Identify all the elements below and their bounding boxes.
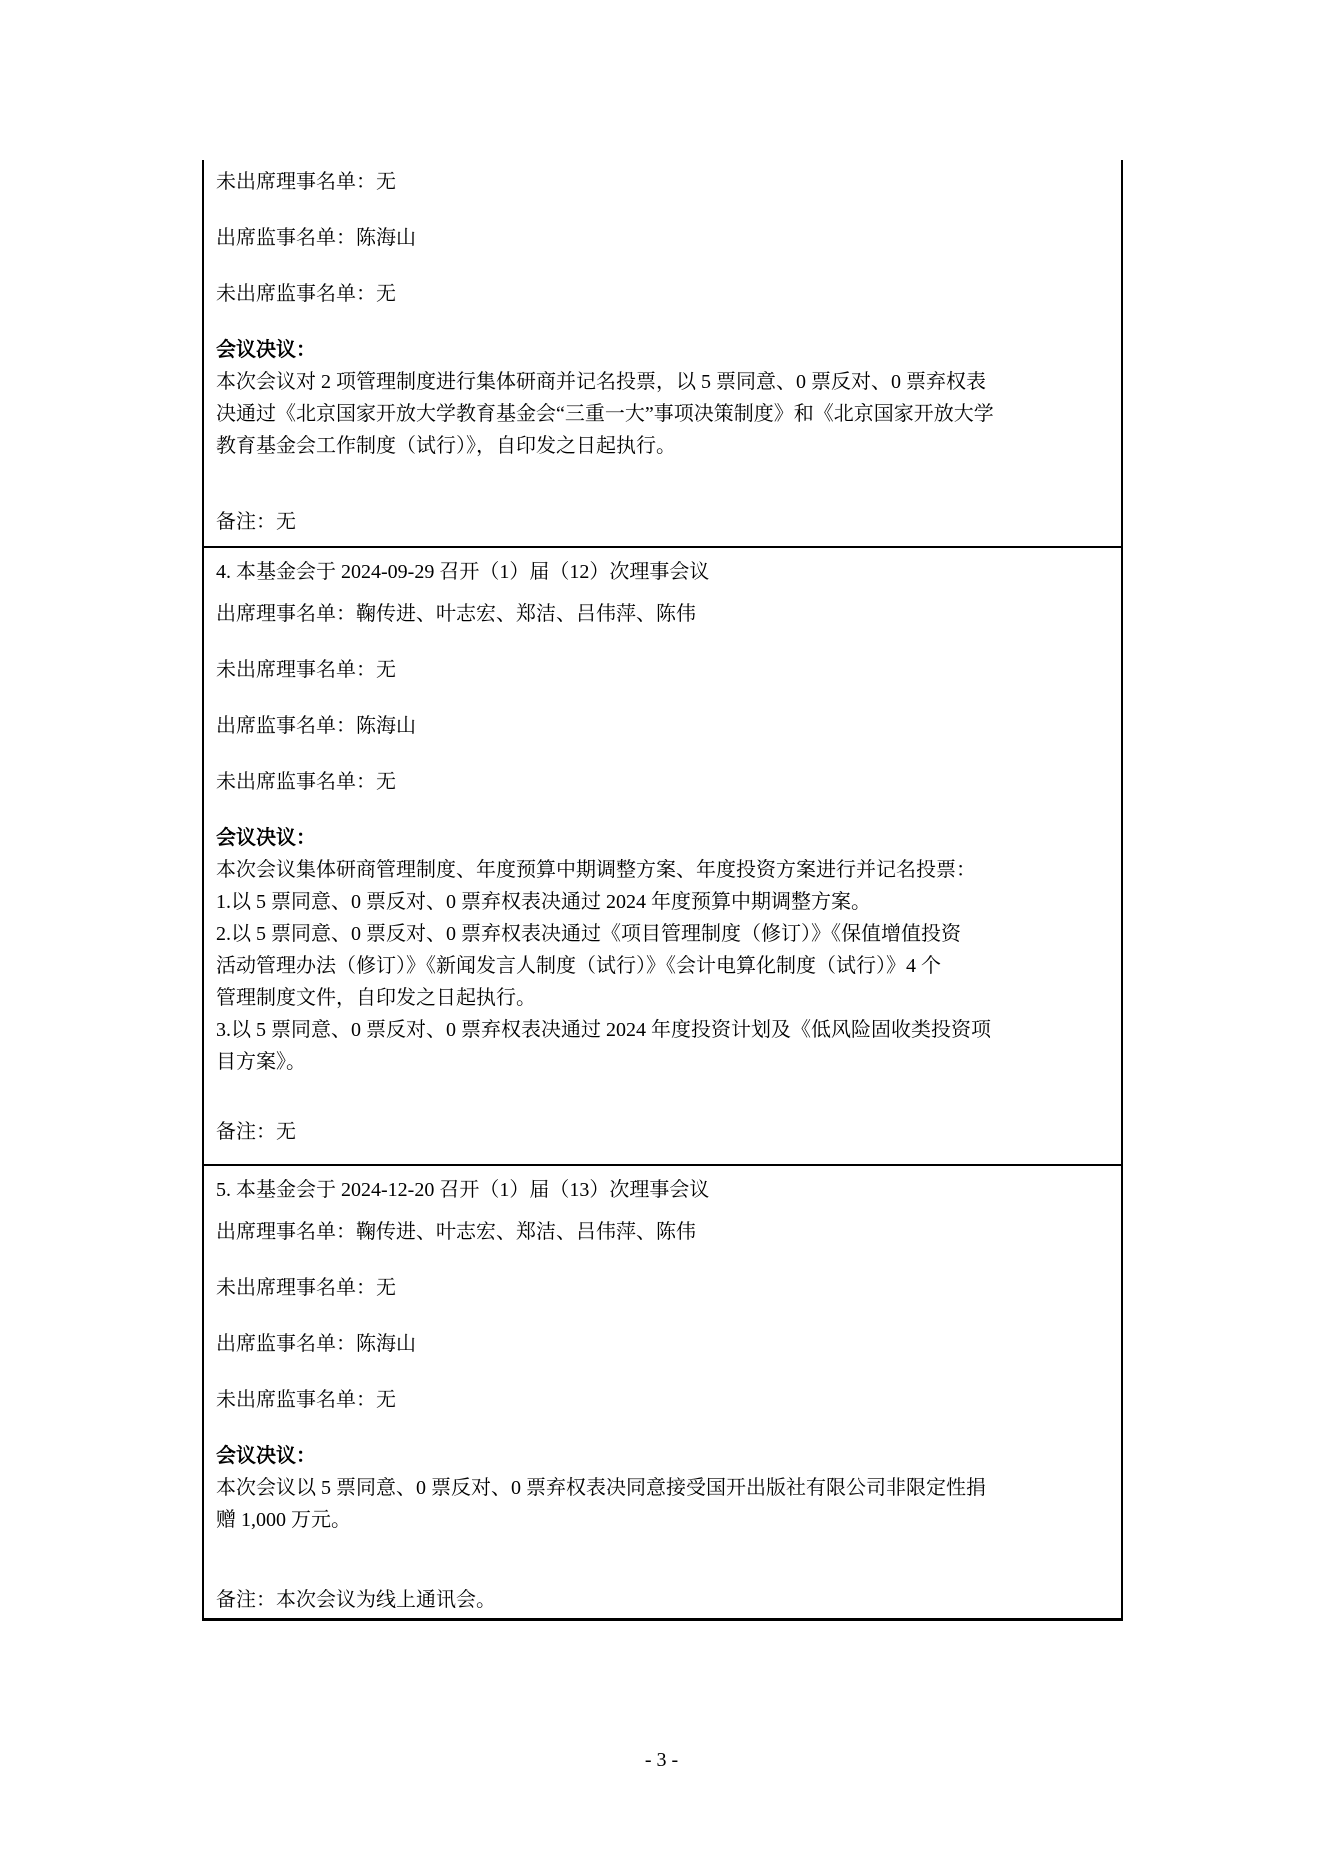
absent-directors-field: 未出席理事名单：无 xyxy=(216,654,1107,686)
decision-label: 会议决议： xyxy=(216,334,1107,366)
attending-directors-field: 出席理事名单：鞠传进、叶志宏、郑洁、吕伟萍、陈伟 xyxy=(216,598,1107,630)
absent-supervisors-field: 未出席监事名单：无 xyxy=(216,766,1107,798)
table-row-meeting5: 5. 本基金会于 2024-12-20 召开（1）届（13）次理事会议 出席理事… xyxy=(204,1164,1121,1618)
decision-line: 2.以 5 票同意、0 票反对、0 票弃权表决通过《项目管理制度（修订）》《保值… xyxy=(216,918,1107,950)
remark-field: 备注：无 xyxy=(216,506,1107,538)
decision-line: 目方案》。 xyxy=(216,1046,1107,1078)
table-row-meeting3-continuation: 未出席理事名单：无 出席监事名单：陈海山 未出席监事名单：无 会议决议： 本次会… xyxy=(204,160,1121,546)
decision-line: 决通过《北京国家开放大学教育基金会“三重一大”事项决策制度》和《北京国家开放大学 xyxy=(216,398,1107,430)
decision-line: 本次会议对 2 项管理制度进行集体研商并记名投票，以 5 票同意、0 票反对、0… xyxy=(216,366,1107,398)
absent-directors-field: 未出席理事名单：无 xyxy=(216,166,1107,198)
absent-directors-field: 未出席理事名单：无 xyxy=(216,1272,1107,1304)
decision-line: 本次会议以 5 票同意、0 票反对、0 票弃权表决同意接受国开出版社有限公司非限… xyxy=(216,1472,1107,1504)
decision-line: 管理制度文件，自印发之日起执行。 xyxy=(216,982,1107,1014)
absent-supervisors-field: 未出席监事名单：无 xyxy=(216,278,1107,310)
board-meetings-table: 未出席理事名单：无 出席监事名单：陈海山 未出席监事名单：无 会议决议： 本次会… xyxy=(202,160,1123,1621)
meeting-title: 5. 本基金会于 2024-12-20 召开（1）届（13）次理事会议 xyxy=(216,1174,1107,1206)
document-page: 未出席理事名单：无 出席监事名单：陈海山 未出席监事名单：无 会议决议： 本次会… xyxy=(0,0,1323,1871)
table-row-meeting4: 4. 本基金会于 2024-09-29 召开（1）届（12）次理事会议 出席理事… xyxy=(204,546,1121,1164)
remark-field: 备注：本次会议为线上通讯会。 xyxy=(216,1584,1107,1616)
decision-line: 3.以 5 票同意、0 票反对、0 票弃权表决通过 2024 年度投资计划及《低… xyxy=(216,1014,1107,1046)
remark-field: 备注：无 xyxy=(216,1116,1107,1148)
decision-line: 本次会议集体研商管理制度、年度预算中期调整方案、年度投资方案进行并记名投票： xyxy=(216,854,1107,886)
attending-supervisors-field: 出席监事名单：陈海山 xyxy=(216,710,1107,742)
absent-supervisors-field: 未出席监事名单：无 xyxy=(216,1384,1107,1416)
meeting-title: 4. 本基金会于 2024-09-29 召开（1）届（12）次理事会议 xyxy=(216,556,1107,588)
decision-line: 教育基金会工作制度（试行）》，自印发之日起执行。 xyxy=(216,430,1107,462)
attending-supervisors-field: 出席监事名单：陈海山 xyxy=(216,222,1107,254)
decision-line: 活动管理办法（修订）》《新闻发言人制度（试行）》《会计电算化制度（试行）》4 个 xyxy=(216,950,1107,982)
attending-supervisors-field: 出席监事名单：陈海山 xyxy=(216,1328,1107,1360)
decision-label: 会议决议： xyxy=(216,1440,1107,1472)
decision-line: 1.以 5 票同意、0 票反对、0 票弃权表决通过 2024 年度预算中期调整方… xyxy=(216,886,1107,918)
decision-label: 会议决议： xyxy=(216,822,1107,854)
page-number: - 3 - xyxy=(0,1744,1323,1776)
attending-directors-field: 出席理事名单：鞠传进、叶志宏、郑洁、吕伟萍、陈伟 xyxy=(216,1216,1107,1248)
decision-line: 赠 1,000 万元。 xyxy=(216,1504,1107,1536)
